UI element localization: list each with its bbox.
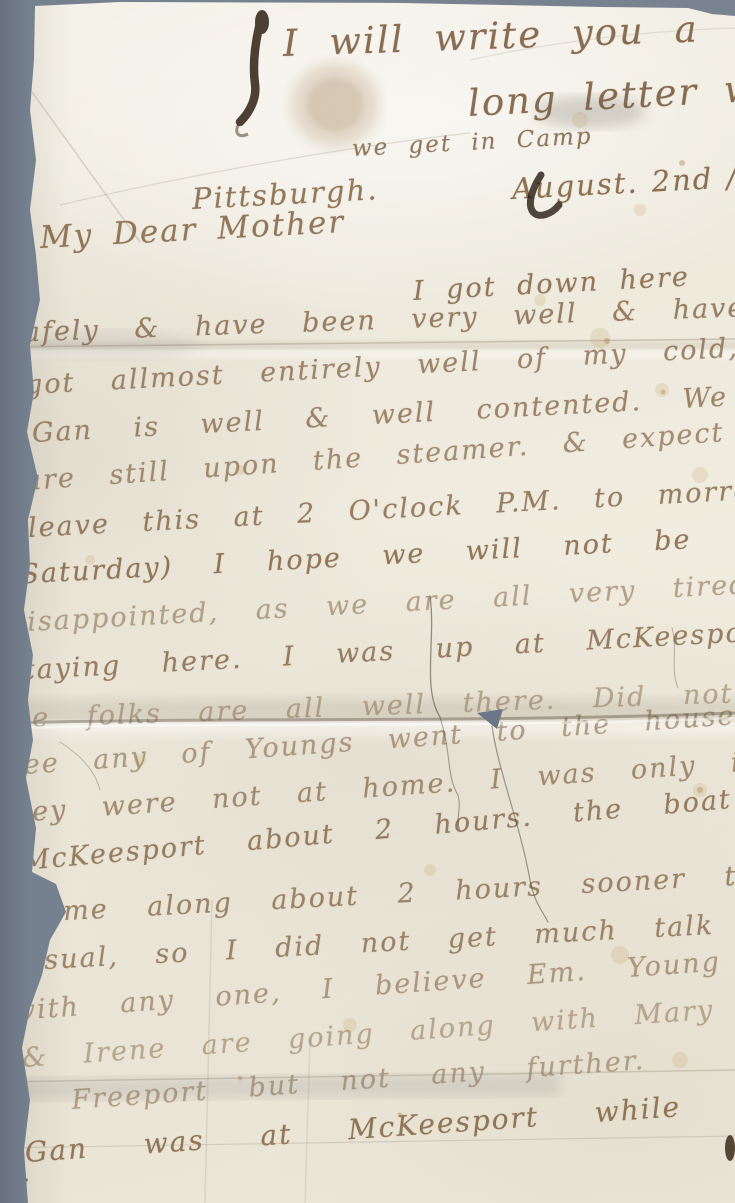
annotation-line: we get in Camp	[351, 123, 593, 162]
letter-paper: I will write you a long letter when we g…	[0, 0, 735, 1203]
annotation-line: I will write you a	[282, 7, 699, 64]
ink-blot	[237, 10, 269, 136]
annotation-line: long letter when	[467, 63, 735, 125]
salutation: My Dear Mother	[39, 204, 346, 256]
ink-spot	[725, 1135, 735, 1161]
edge-specks	[14, 566, 28, 1182]
dateline-date: August. 2nd /6	[511, 159, 735, 206]
scanned-letter-page: { "scan": { "background_color": "#76818f…	[0, 0, 735, 1203]
